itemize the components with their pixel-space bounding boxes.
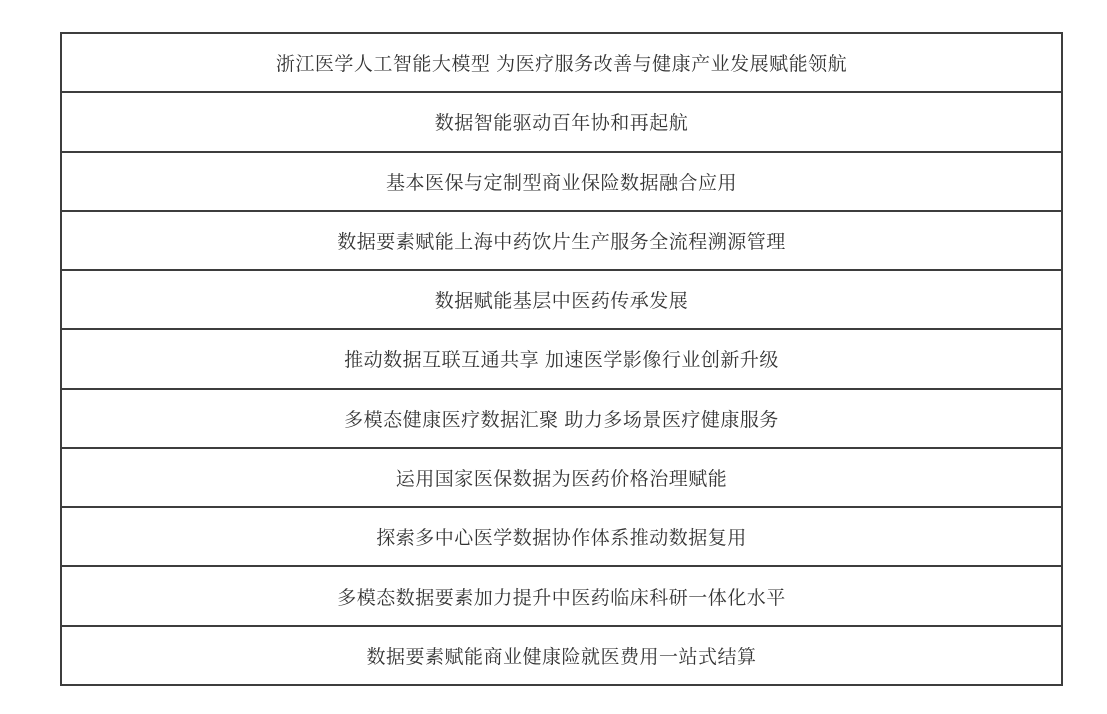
headline-cell: 运用国家医保数据为医药价格治理赋能	[61, 448, 1062, 507]
headline-cell: 基本医保与定制型商业保险数据融合应用	[61, 152, 1062, 211]
table-row: 数据要素赋能上海中药饮片生产服务全流程溯源管理	[61, 211, 1062, 270]
headline-table-container: 浙江医学人工智能大模型 为医疗服务改善与健康产业发展赋能领航数据智能驱动百年协和…	[60, 32, 1063, 686]
headline-cell: 探索多中心医学数据协作体系推动数据复用	[61, 507, 1062, 566]
table-row: 数据要素赋能商业健康险就医费用一站式结算	[61, 626, 1062, 685]
headline-cell: 数据要素赋能上海中药饮片生产服务全流程溯源管理	[61, 211, 1062, 270]
table-row: 浙江医学人工智能大模型 为医疗服务改善与健康产业发展赋能领航	[61, 33, 1062, 92]
table-row: 基本医保与定制型商业保险数据融合应用	[61, 152, 1062, 211]
table-row: 推动数据互联互通共享 加速医学影像行业创新升级	[61, 329, 1062, 388]
table-row: 数据赋能基层中医药传承发展	[61, 270, 1062, 329]
headline-table-body: 浙江医学人工智能大模型 为医疗服务改善与健康产业发展赋能领航数据智能驱动百年协和…	[61, 33, 1062, 685]
headline-cell: 多模态健康医疗数据汇聚 助力多场景医疗健康服务	[61, 389, 1062, 448]
table-row: 运用国家医保数据为医药价格治理赋能	[61, 448, 1062, 507]
table-row: 多模态数据要素加力提升中医药临床科研一体化水平	[61, 566, 1062, 625]
headline-cell: 多模态数据要素加力提升中医药临床科研一体化水平	[61, 566, 1062, 625]
table-row: 探索多中心医学数据协作体系推动数据复用	[61, 507, 1062, 566]
headline-cell: 推动数据互联互通共享 加速医学影像行业创新升级	[61, 329, 1062, 388]
headline-cell: 浙江医学人工智能大模型 为医疗服务改善与健康产业发展赋能领航	[61, 33, 1062, 92]
headline-cell: 数据赋能基层中医药传承发展	[61, 270, 1062, 329]
table-row: 多模态健康医疗数据汇聚 助力多场景医疗健康服务	[61, 389, 1062, 448]
headline-cell: 数据要素赋能商业健康险就医费用一站式结算	[61, 626, 1062, 685]
table-row: 数据智能驱动百年协和再起航	[61, 92, 1062, 151]
headline-table: 浙江医学人工智能大模型 为医疗服务改善与健康产业发展赋能领航数据智能驱动百年协和…	[60, 32, 1063, 686]
headline-cell: 数据智能驱动百年协和再起航	[61, 92, 1062, 151]
